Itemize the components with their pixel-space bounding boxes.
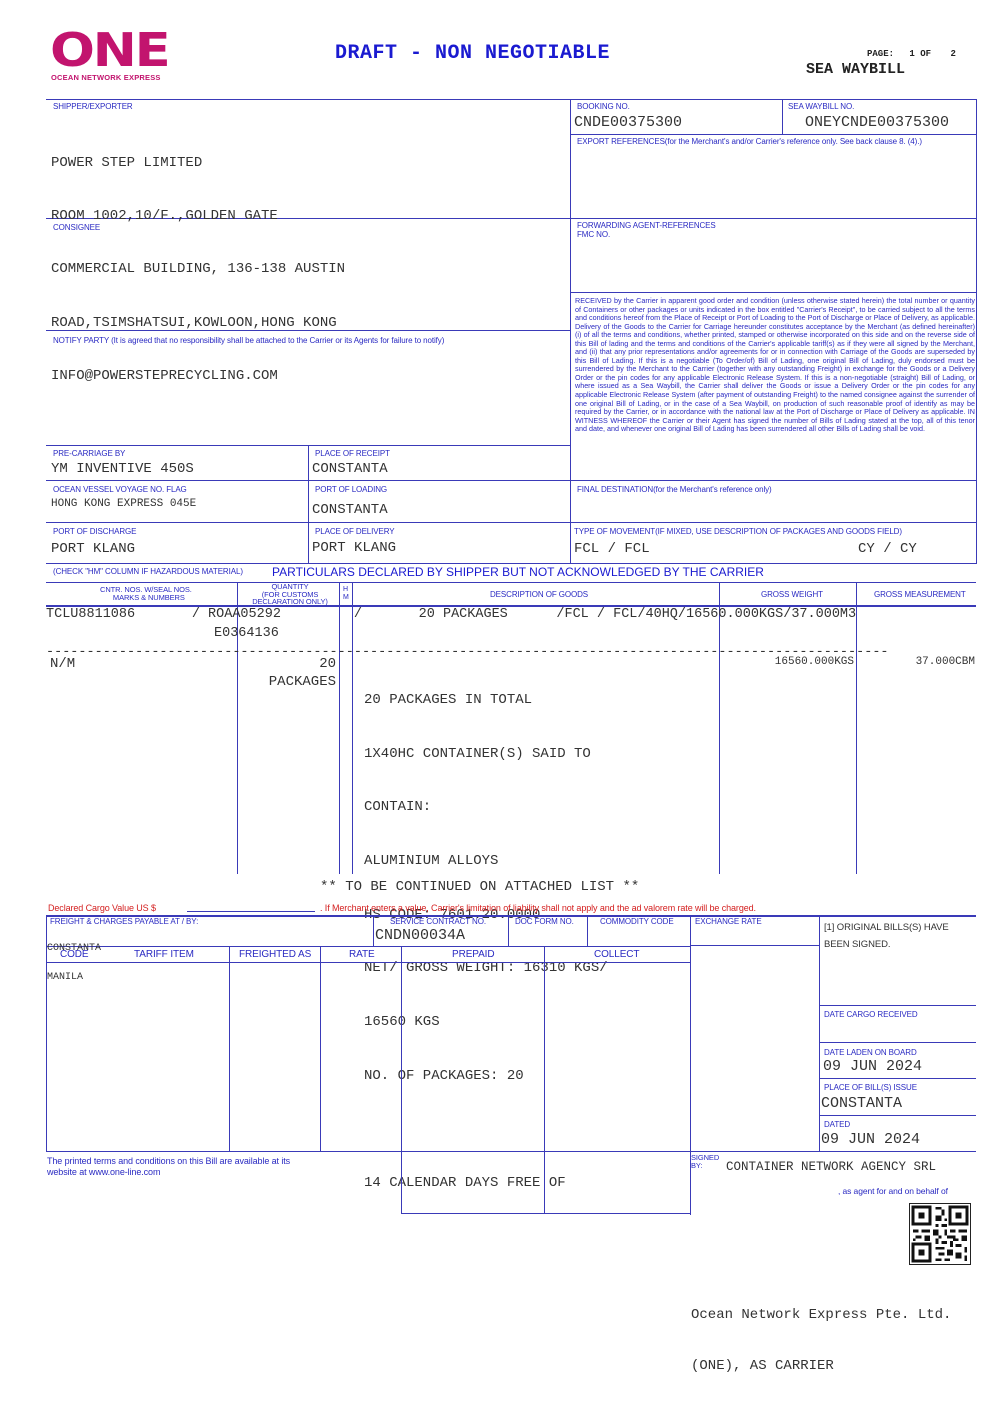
exchange-rate-label: EXCHANGE RATE	[695, 917, 762, 926]
place-of-delivery-value: PORT KLANG	[312, 540, 396, 556]
service-contract-label: SERVICE CONTRACT NO.	[390, 917, 486, 926]
draft-title: DRAFT - NON NEGOTIABLE	[335, 42, 610, 65]
agent-note: , as agent for and on behalf of	[838, 1186, 948, 1196]
freight-payable-line: MANILA	[47, 973, 101, 983]
divider	[46, 480, 976, 481]
divider	[690, 915, 691, 1215]
ocean-vessel-value: HONG KONG EXPRESS 045E	[51, 498, 196, 510]
col-description-header: DESCRIPTION OF GOODS	[490, 590, 588, 599]
divider	[401, 946, 402, 1214]
divider	[782, 99, 783, 134]
divider	[373, 915, 374, 946]
date-laden-value: 09 JUN 2024	[823, 1058, 922, 1075]
col-freighted-as: FREIGHTED AS	[239, 949, 311, 960]
booking-label: BOOKING NO.	[577, 102, 630, 111]
divider	[819, 1078, 976, 1079]
movement-type-label: TYPE OF MOVEMENT(IF MIXED, USE DESCRIPTI…	[574, 527, 902, 536]
continued-notice: ** TO BE CONTINUED ON ATTACHED LIST **	[320, 879, 639, 895]
date-cargo-received-label: DATE CARGO RECEIVED	[824, 1010, 918, 1019]
divider	[352, 582, 353, 874]
col-hm-line: M	[343, 594, 349, 602]
pre-carriage-value: YM INVENTIVE 450S	[51, 461, 194, 477]
divider	[46, 1151, 976, 1152]
page-total: 2	[950, 49, 955, 59]
divider	[401, 1213, 690, 1214]
logo-subtitle: OCEAN NETWORK EXPRESS	[51, 73, 161, 82]
booking-number: CNDE00375300	[574, 114, 682, 131]
divider	[229, 946, 230, 1151]
col-quantity-line: DECLARATION ONLY)	[250, 598, 330, 606]
doc-form-label: DOC FORM NO.	[515, 917, 574, 926]
col-code: CODE	[60, 949, 89, 960]
container-line: TCLU8811086 / ROAA05292 / 20 PACKAGES /F…	[46, 607, 856, 622]
col-quantity-header: QUANTITY (FOR CUSTOMS DECLARATION ONLY)	[250, 583, 330, 606]
divider	[976, 99, 977, 564]
fmc-no-label: FMC NO.	[577, 230, 610, 239]
originals-text-2: BEEN SIGNED.	[824, 939, 890, 950]
description-line: 1X40HC CONTAINER(S) SAID TO	[364, 746, 608, 764]
place-of-receipt-label: PLACE OF RECEIPT	[315, 449, 390, 458]
divider	[690, 945, 819, 946]
col-marks-header: CNTR. NOS. W/SEAL NOS. MARKS & NUMBERS	[100, 586, 192, 602]
place-of-issue-value: CONSTANTA	[821, 1095, 902, 1112]
carrier-terms-text: RECEIVED by the Carrier in apparent good…	[575, 297, 975, 434]
movement-value-left: FCL / FCL	[574, 541, 650, 557]
seal-number: E0364136	[214, 626, 279, 641]
final-destination-label: FINAL DESTINATION(for the Merchant's ref…	[577, 485, 772, 494]
qr-code-icon	[909, 1203, 971, 1265]
divider	[46, 563, 976, 564]
shipper-address: POWER STEP LIMITED ROOM 1002,10/F.,GOLDE…	[51, 119, 345, 404]
shipper-line: INFO@POWERSTEPRECYCLING.COM	[51, 368, 345, 386]
carrier-line: Ocean Network Express Pte. Ltd.	[691, 1307, 951, 1324]
divider	[46, 946, 690, 947]
page-indicator: PAGE: 1 OF 2	[867, 49, 956, 59]
shipper-line: COMMERCIAL BUILDING, 136-138 AUSTIN	[51, 261, 345, 279]
quantity-value: 20	[240, 656, 336, 672]
one-logo: ONE	[50, 30, 168, 70]
divider	[46, 582, 976, 583]
divider	[544, 946, 545, 1214]
service-contract-value: CNDN00034A	[375, 927, 465, 944]
divider	[320, 946, 321, 1151]
pre-carriage-label: PRE-CARRIAGE BY	[53, 449, 125, 458]
divider	[570, 134, 976, 135]
marks-value: N/M	[50, 656, 75, 672]
export-references-label: EXPORT REFERENCES(for the Merchant's and…	[577, 137, 922, 146]
gross-weight-value: 16560.000KGS	[720, 656, 854, 668]
consignee-label: CONSIGNEE	[53, 223, 100, 232]
divider	[46, 522, 976, 523]
gross-measurement-value: 37.000CBM	[858, 656, 975, 668]
divider	[570, 292, 976, 293]
divider	[339, 582, 340, 874]
divider	[819, 1005, 976, 1006]
place-of-issue-label: PLACE OF BILL(S) ISSUE	[824, 1083, 917, 1092]
page-label: PAGE:	[867, 49, 894, 59]
quantity-unit: PACKAGES	[240, 674, 336, 690]
place-of-delivery-label: PLACE OF DELIVERY	[315, 527, 395, 536]
notify-party-label: NOTIFY PARTY (It is agreed that no respo…	[53, 336, 444, 345]
col-collect: COLLECT	[594, 949, 639, 960]
dated-label: DATED	[824, 1120, 850, 1129]
divider	[508, 915, 509, 946]
signed-label-line: BY:	[691, 1162, 719, 1170]
page-current: 1 OF	[909, 49, 931, 59]
signed-by-value: CONTAINER NETWORK AGENCY SRL	[726, 1160, 936, 1174]
signed-by-label: SIGNED BY:	[691, 1154, 719, 1170]
port-of-loading-value: CONSTANTA	[312, 502, 388, 518]
place-of-receipt-value: CONSTANTA	[312, 461, 388, 477]
carrier-signature: Ocean Network Express Pte. Ltd. (ONE), A…	[691, 1273, 951, 1392]
col-marks-line: MARKS & NUMBERS	[106, 594, 192, 602]
declared-value-note: . If Merchant enters a value, Carrier's …	[320, 903, 756, 913]
originals-text-1: [1] ORIGINAL BILLS(S) HAVE	[824, 922, 949, 933]
col-rate: RATE	[349, 949, 375, 960]
terms-note-2: website at www.one-line.com	[47, 1167, 160, 1177]
commodity-code-label: COMMODITY CODE	[600, 917, 674, 926]
divider	[308, 445, 309, 564]
col-gross-weight-header: GROSS WEIGHT	[761, 590, 823, 599]
divider	[46, 99, 976, 100]
dated-value: 09 JUN 2024	[821, 1131, 920, 1148]
divider	[856, 582, 857, 874]
description-line: ALUMINIUM ALLOYS	[364, 853, 608, 871]
declared-value-field[interactable]	[187, 911, 315, 912]
particulars-title: PARTICULARS DECLARED BY SHIPPER BUT NOT …	[272, 565, 764, 579]
divider	[819, 1042, 976, 1043]
divider	[819, 1115, 976, 1116]
terms-note-1: The printed terms and conditions on this…	[47, 1156, 290, 1166]
declared-value-label: Declared Cargo Value US $	[48, 903, 156, 913]
col-hm-header: H M	[343, 586, 349, 602]
col-hm-line: H	[343, 586, 349, 594]
shipper-line: POWER STEP LIMITED	[51, 155, 345, 173]
carrier-line: (ONE), AS CARRIER	[691, 1358, 951, 1375]
date-laden-label: DATE LADEN ON BOARD	[824, 1048, 917, 1057]
divider	[587, 915, 588, 946]
shipper-line: ROAD,TSIMSHATSUI,KOWLOON,HONG KONG	[51, 315, 345, 333]
hazardous-note: (CHECK "HM" COLUMN IF HAZARDOUS MATERIAL…	[53, 567, 243, 576]
waybill-no-label: SEA WAYBILL NO.	[788, 102, 854, 111]
port-of-discharge-value: PORT KLANG	[51, 541, 135, 557]
description-line: CONTAIN:	[364, 799, 608, 817]
waybill-number: ONEYCNDE00375300	[805, 114, 949, 131]
forwarding-agent-label: FORWARDING AGENT-REFERENCES	[577, 221, 716, 230]
col-prepaid: PREPAID	[452, 949, 494, 960]
doc-type: SEA WAYBILL	[806, 61, 905, 78]
description-line: 20 PACKAGES IN TOTAL	[364, 692, 608, 710]
divider	[46, 962, 690, 963]
port-of-loading-label: PORT OF LOADING	[315, 485, 387, 494]
divider	[719, 582, 720, 874]
col-tariff-item: TARIFF ITEM	[134, 949, 194, 960]
ocean-vessel-label: OCEAN VESSEL VOYAGE NO. FLAG	[53, 485, 187, 494]
col-gross-measurement-header: GROSS MEASUREMENT	[874, 590, 966, 599]
divider	[570, 99, 571, 564]
movement-value-right: CY / CY	[858, 541, 917, 557]
port-of-discharge-label: PORT OF DISCHARGE	[53, 527, 136, 536]
shipper-label: SHIPPER/EXPORTER	[53, 102, 133, 111]
